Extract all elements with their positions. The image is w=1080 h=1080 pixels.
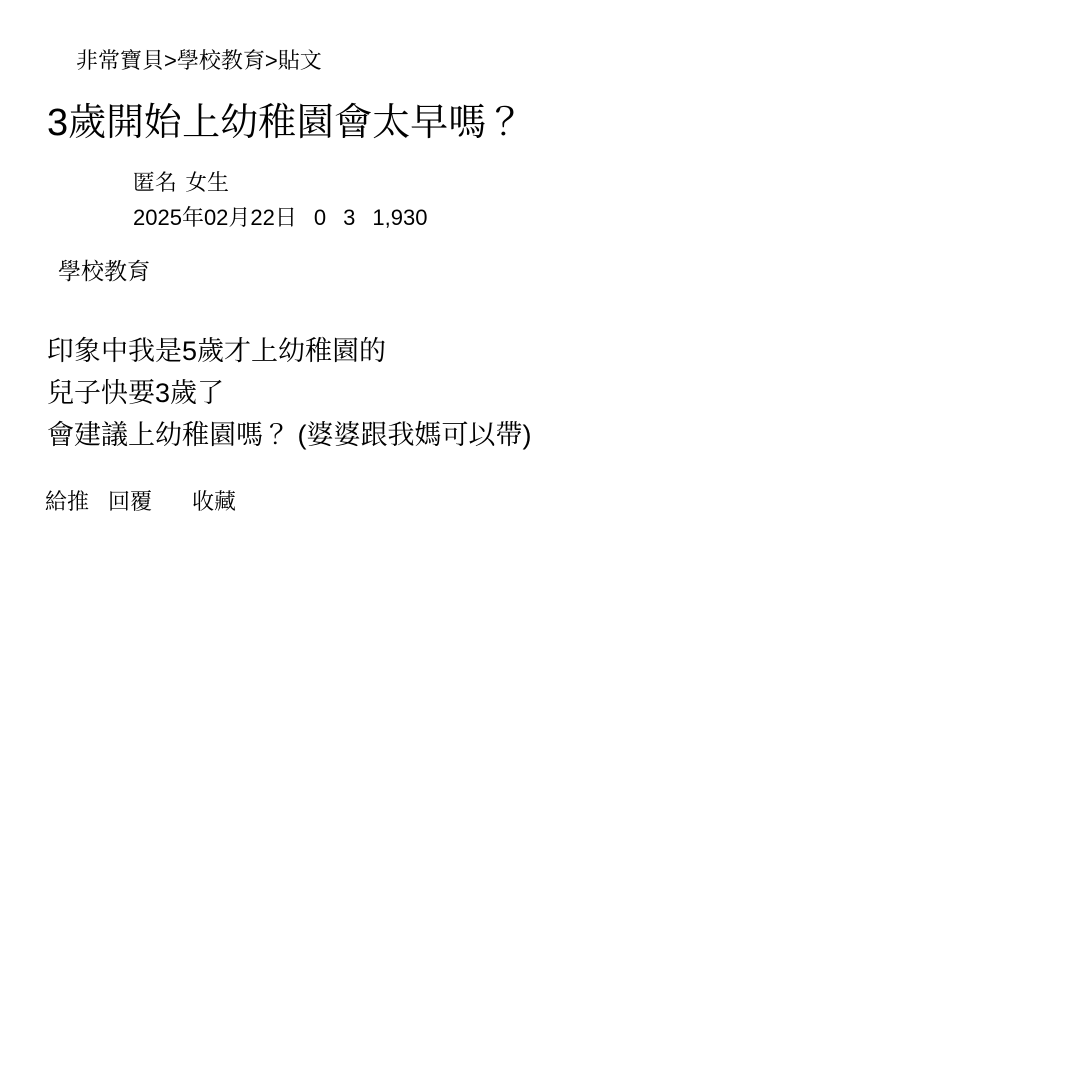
post-title: 3歲開始上幼稚園會太早嗎？ (47, 104, 524, 144)
breadcrumb-item-post[interactable]: 貼文 (278, 48, 322, 73)
breadcrumb-separator: > (265, 48, 278, 73)
breadcrumb-item-board[interactable]: 非常寶貝 (76, 48, 164, 73)
post-meta-row: 2025年02月22日 0 3 1,930 (133, 207, 427, 229)
view-count: 1,930 (372, 207, 427, 229)
breadcrumb: 非常寶貝>學校教育>貼文 (76, 50, 322, 72)
post-actions: 給推 回覆 收藏 (45, 491, 236, 513)
bookmark-button[interactable]: 收藏 (192, 491, 236, 513)
author-anonymous-label: 匿名 (133, 170, 177, 195)
comment-count: 3 (343, 207, 355, 229)
post-body-line: 兒子快要3歲了 (47, 372, 531, 414)
author-gender-label: 女生 (185, 170, 229, 195)
breadcrumb-item-category[interactable]: 學校教育 (177, 48, 265, 73)
post-page: 非常寶貝>學校教育>貼文 3歲開始上幼稚園會太早嗎？ 匿名女生 2025年02月… (0, 0, 1080, 1080)
reply-button[interactable]: 回覆 (108, 491, 152, 513)
upvote-button[interactable]: 給推 (45, 491, 89, 513)
category-tag[interactable]: 學校教育 (58, 260, 150, 283)
post-body-line: 印象中我是5歲才上幼稚園的 (47, 330, 531, 372)
post-body: 印象中我是5歲才上幼稚園的 兒子快要3歲了 會建議上幼稚園嗎？ (婆婆跟我媽可以… (47, 330, 531, 456)
like-count: 0 (314, 207, 326, 229)
post-author: 匿名女生 (133, 172, 229, 194)
post-body-line: 會建議上幼稚園嗎？ (婆婆跟我媽可以帶) (47, 414, 531, 456)
breadcrumb-separator: > (164, 48, 177, 73)
post-date: 2025年02月22日 (133, 207, 297, 229)
